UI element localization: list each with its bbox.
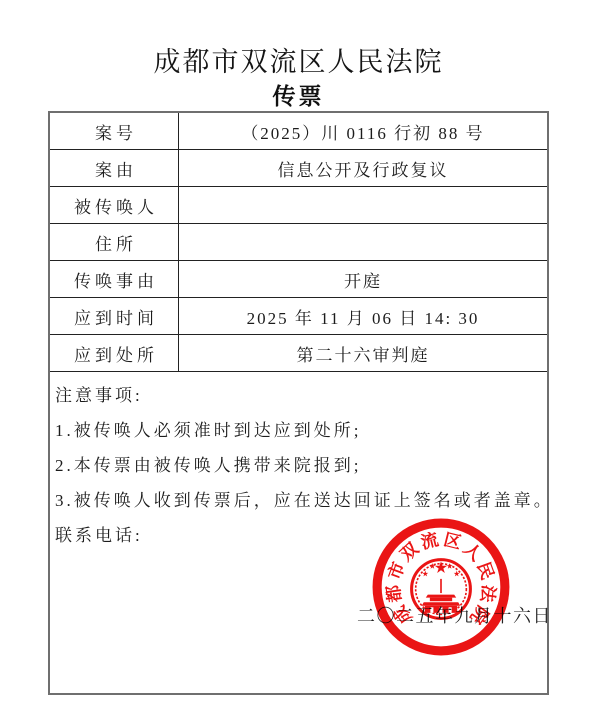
case-number-label: 案号 — [50, 113, 179, 149]
form-row-address: 住所 — [50, 224, 547, 261]
notice-section: 注意事项: 1.被传唤人必须准时到达应到处所; 2.本传票由被传唤人携带来院报到… — [50, 372, 547, 693]
form-row-case-number: 案号 （2025）川 0116 行初 88 号 — [50, 113, 547, 150]
case-number-value: （2025）川 0116 行初 88 号 — [179, 113, 547, 149]
arrival-time-label: 应到时间 — [50, 298, 179, 334]
issue-date: 二〇二五年九月十六日 — [357, 602, 552, 628]
notice-item-1: 1.被传唤人必须准时到达应到处所; — [55, 413, 539, 448]
arrival-time-value: 2025 年 11 月 06 日 14: 30 — [179, 298, 547, 334]
form-row-summons-reason: 传唤事由 开庭 — [50, 261, 547, 298]
summons-document: 成都市双流区人民法院 传票 案号 （2025）川 0116 行初 88 号 案由… — [0, 0, 597, 718]
form-row-arrival-place: 应到处所 第二十六审判庭 — [50, 335, 547, 372]
notice-item-2: 2.本传票由被传唤人携带来院报到; — [55, 448, 539, 483]
arrival-place-label: 应到处所 — [50, 335, 179, 371]
notice-item-3: 3.被传唤人收到传票后，应在送达回证上签名或者盖章。 — [55, 483, 539, 518]
form-row-summoned-person: 被传唤人 — [50, 187, 547, 224]
document-title: 传票 — [0, 78, 597, 111]
address-label: 住所 — [50, 224, 179, 260]
summons-reason-value: 开庭 — [179, 261, 547, 297]
notice-heading: 注意事项: — [55, 378, 539, 413]
summons-reason-label: 传唤事由 — [50, 261, 179, 297]
summoned-person-label: 被传唤人 — [50, 187, 179, 223]
cause-label: 案由 — [50, 150, 179, 186]
cause-value: 信息公开及行政复议 — [179, 150, 547, 186]
court-name: 成都市双流区人民法院 — [0, 40, 597, 79]
arrival-place-value: 第二十六审判庭 — [179, 335, 547, 371]
address-value — [179, 224, 547, 260]
contact-phone-label: 联系电话: — [55, 518, 539, 553]
form-row-cause: 案由 信息公开及行政复议 — [50, 150, 547, 187]
summoned-person-value — [179, 187, 547, 223]
form-row-arrival-time: 应到时间 2025 年 11 月 06 日 14: 30 — [50, 298, 547, 335]
